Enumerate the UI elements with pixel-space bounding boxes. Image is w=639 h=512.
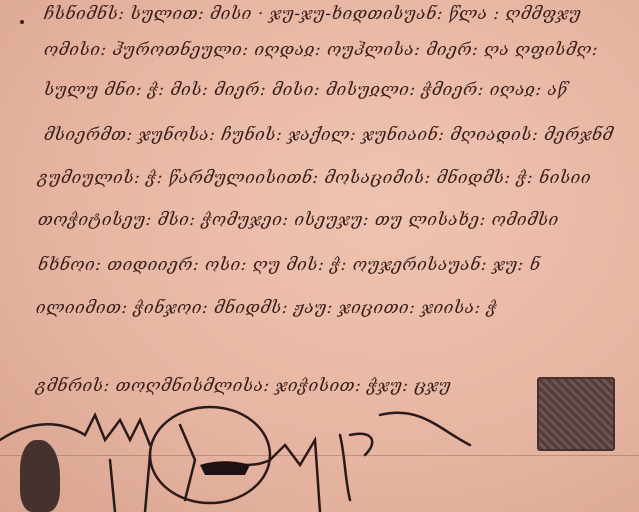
manuscript-line-3: სულუ მნი: ჭ: მის: მიერ: მისი: მისუჲლი: ჭ…	[43, 80, 568, 100]
manuscript-line-2: ომისი: ჰუროთნეული: იღდაჲ: ოუჰლისა: მიერ:…	[43, 40, 598, 60]
ink-seal-stamp	[537, 377, 615, 451]
manuscript-line-4: მსიერმთ: ჯუნოსა: ჩუნის: ჯაქილ: ჯუნიაინ: …	[43, 125, 614, 145]
manuscript-page: ჩსნიმნს: სულით: მისი · ჯუ-ჯუ-ხიდთისუან: …	[0, 0, 639, 512]
ink-dot	[20, 20, 24, 24]
manuscript-line-6: თოჭიტისეუ: მსი: ჭომუჯეი: ისეუჯუ: თუ ლისა…	[37, 210, 559, 230]
manuscript-line-1: ჩსნიმნს: სულით: მისი · ჯუ-ჯუ-ხიდთისუან: …	[43, 4, 582, 24]
manuscript-line-5: გუმიულის: ჭ: წარმულიისითნ: მოსაციმის: მნ…	[37, 168, 592, 188]
manuscript-line-9: გმნრის: თოღმნისმლისა: ჯიჭისით: ჭჯუ: ცჯუ	[35, 376, 452, 396]
manuscript-line-8: ილიიმით: ჭინჯოი: მნიდმს: ჟაუ: ჯიცითი: ჯი…	[35, 298, 498, 318]
manuscript-line-7: ნხნოი: თიდიიერ: ოსი: ღუ მის: ჭ: ოუჯერისა…	[37, 255, 541, 275]
signature-ink-mark	[200, 461, 250, 475]
